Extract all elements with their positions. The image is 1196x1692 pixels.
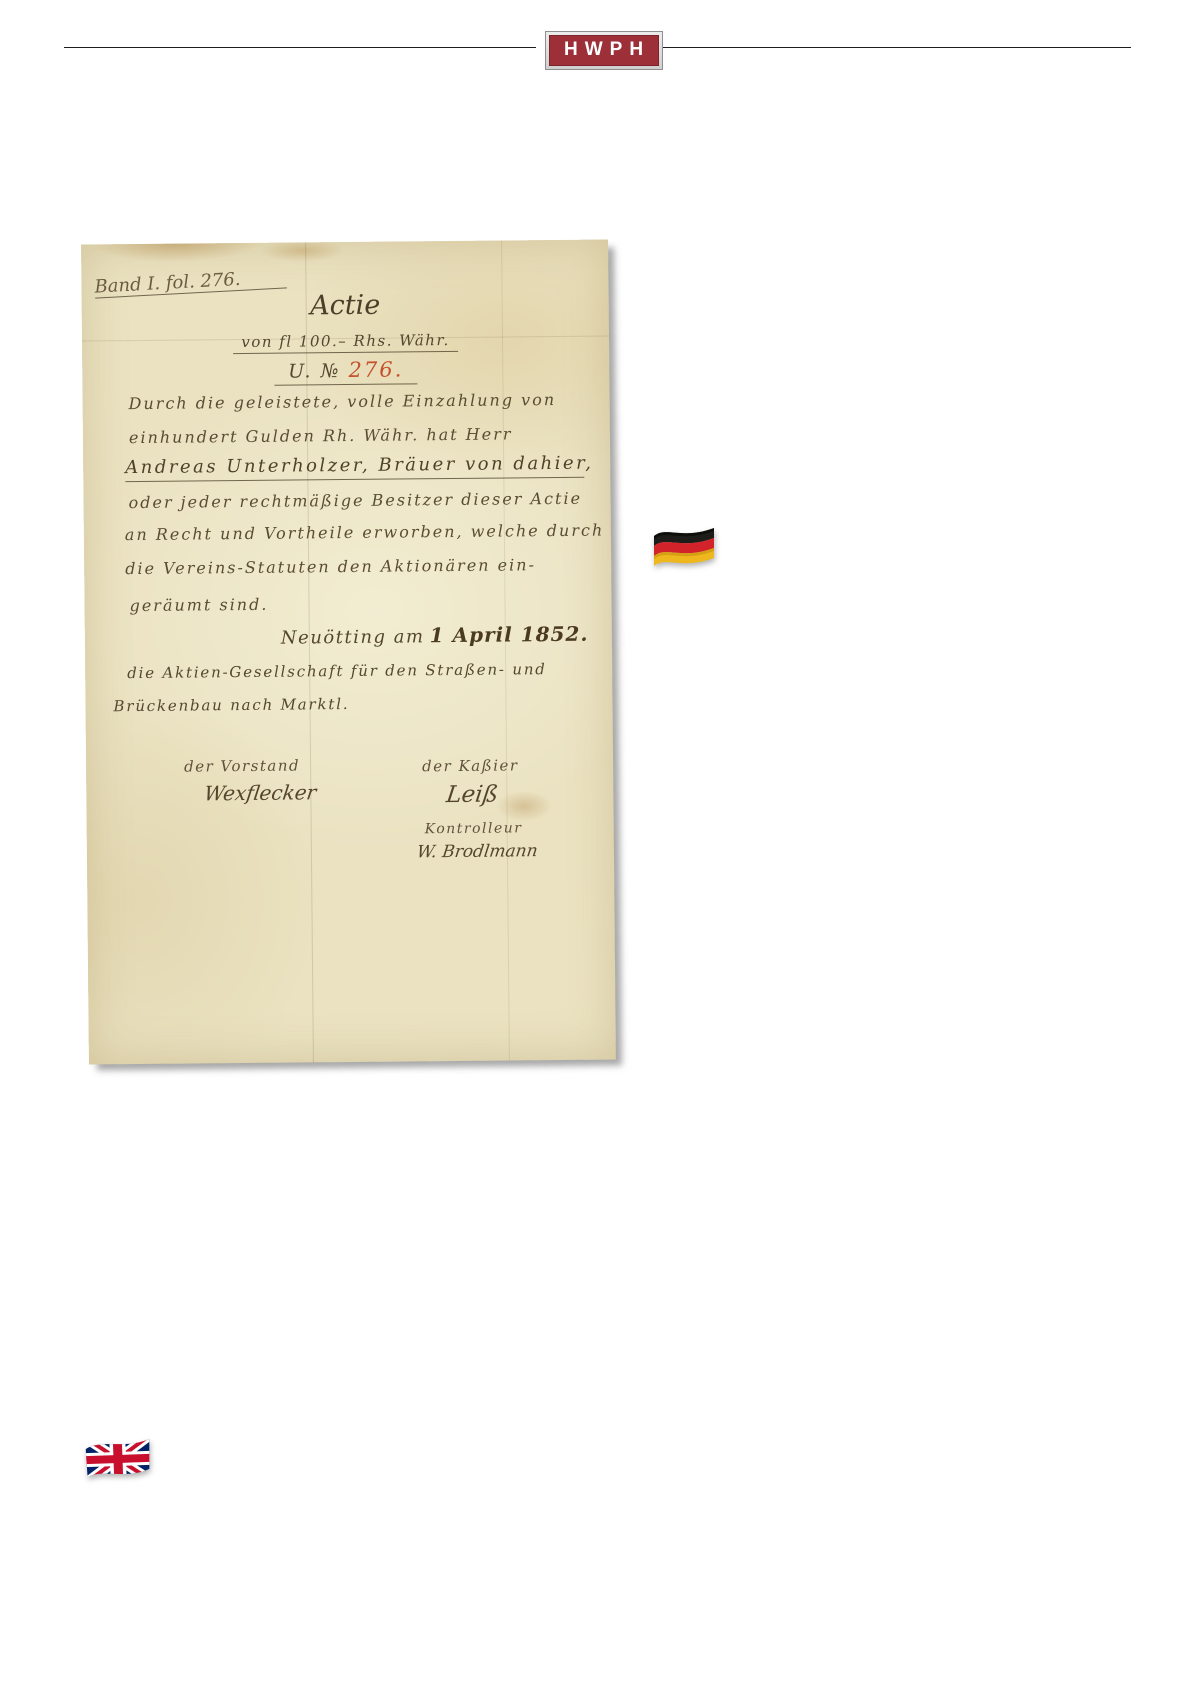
catalog-page: HWPH Band I. fol. 276. Actie von fl 100.… <box>0 0 1196 1692</box>
body-line: geräumt sind. <box>129 595 268 615</box>
share-number-prefix: U. № <box>288 360 341 383</box>
share-number-line: U. № 276. <box>82 355 609 384</box>
body-line: Durch die geleistete, volle Einzahlung v… <box>129 390 557 413</box>
body-line: die Vereins-Statuten den Aktionären ein- <box>125 555 536 578</box>
share-number-value: 276. <box>348 357 403 382</box>
place-date-line: Neuötting am 1 April 1852. <box>281 622 589 649</box>
certificate-scan: Band I. fol. 276. Actie von fl 100.– Rhs… <box>81 239 616 1064</box>
denomination-line: von fl 100.– Rhs. Währ. <box>82 329 609 352</box>
german-flag-icon <box>652 518 718 576</box>
certificate-title: Actie <box>82 287 609 323</box>
hwph-logo: HWPH <box>545 31 663 70</box>
company-line: Brückenbau nach Marktl. <box>113 695 349 715</box>
body-line: oder jeder rechtmäßige Besitzer dieser A… <box>128 489 582 512</box>
company-line: die Aktien-Gesellschaft für den Straßen-… <box>127 660 547 682</box>
signature-left-name: Wexflecker <box>203 780 318 805</box>
signature-controller-name: W. Brodlmann <box>416 841 539 862</box>
hwph-logo-text: HWPH <box>549 35 659 66</box>
date-text: 1 April 1852. <box>430 622 589 648</box>
header-rule-right <box>646 47 1131 48</box>
signature-right-role: der Kaßier <box>422 756 519 775</box>
shareholder-name-line: Andreas Unterholzer, Bräuer von dahier, <box>125 453 584 482</box>
body-line: einhundert Gulden Rh. Währ. hat Herr <box>129 424 513 447</box>
signature-controller-role: Kontrolleur <box>425 820 523 837</box>
share-number-wrap: U. № 276. <box>274 359 417 385</box>
signature-right-name: Leiß <box>445 782 500 809</box>
uk-flag-icon <box>82 1434 154 1484</box>
denomination-text: von fl 100.– Rhs. Währ. <box>233 331 458 354</box>
place-text: Neuötting am <box>281 626 425 648</box>
body-line: an Recht und Vortheile erworben, welche … <box>125 521 605 545</box>
header-rule-left <box>64 47 536 48</box>
signature-left-role: der Vorstand <box>184 756 300 775</box>
